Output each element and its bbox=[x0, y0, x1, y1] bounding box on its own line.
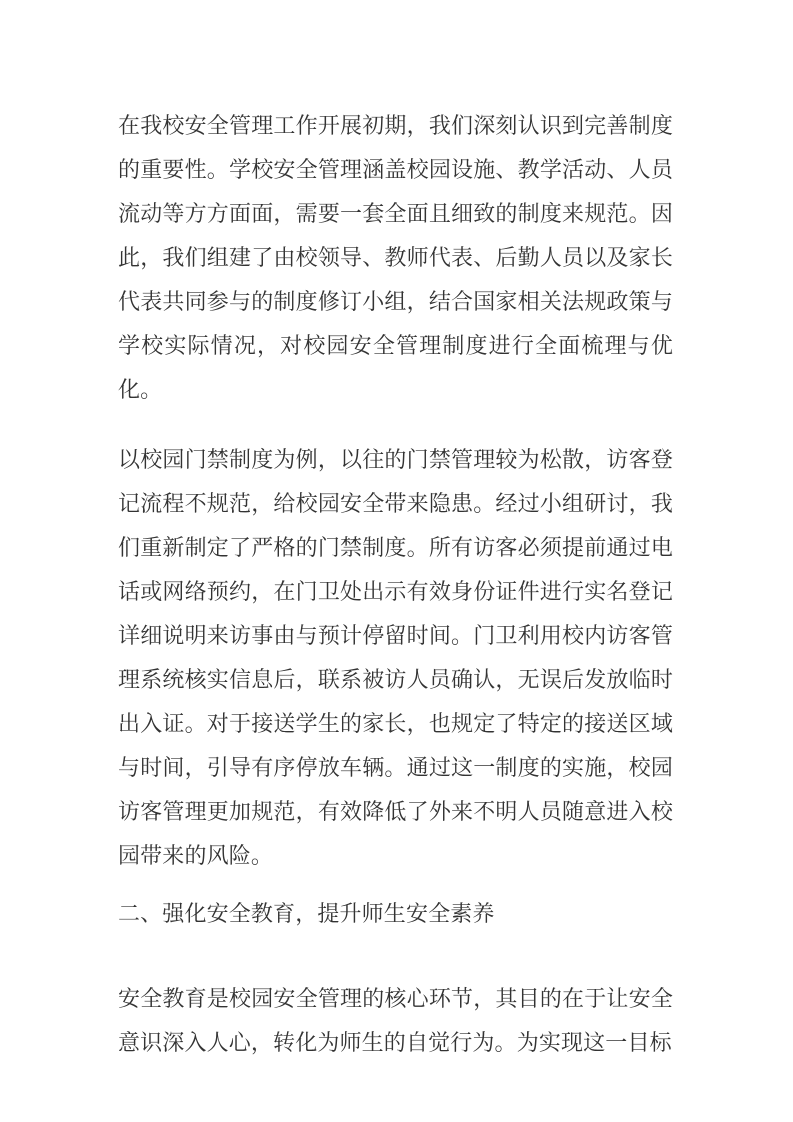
paragraph-safety-education: 安全教育是校园安全管理的核心环节，其目的在于让安全意识深入人心，转化为师生的自觉… bbox=[118, 977, 673, 1065]
section-heading: 二、强化安全教育，提升师生安全素养 bbox=[118, 892, 673, 936]
document-page: 在我校安全管理工作开展初期，我们深刻认识到完善制度的重要性。学校安全管理涵盖校园… bbox=[0, 0, 793, 1122]
paragraph-institution-building: 在我校安全管理工作开展初期，我们深刻认识到完善制度的重要性。学校安全管理涵盖校园… bbox=[118, 104, 673, 412]
paragraph-access-control-example: 以校园门禁制度为例，以往的门禁管理较为松散，访客登记流程不规范，给校园安全带来隐… bbox=[118, 438, 673, 878]
